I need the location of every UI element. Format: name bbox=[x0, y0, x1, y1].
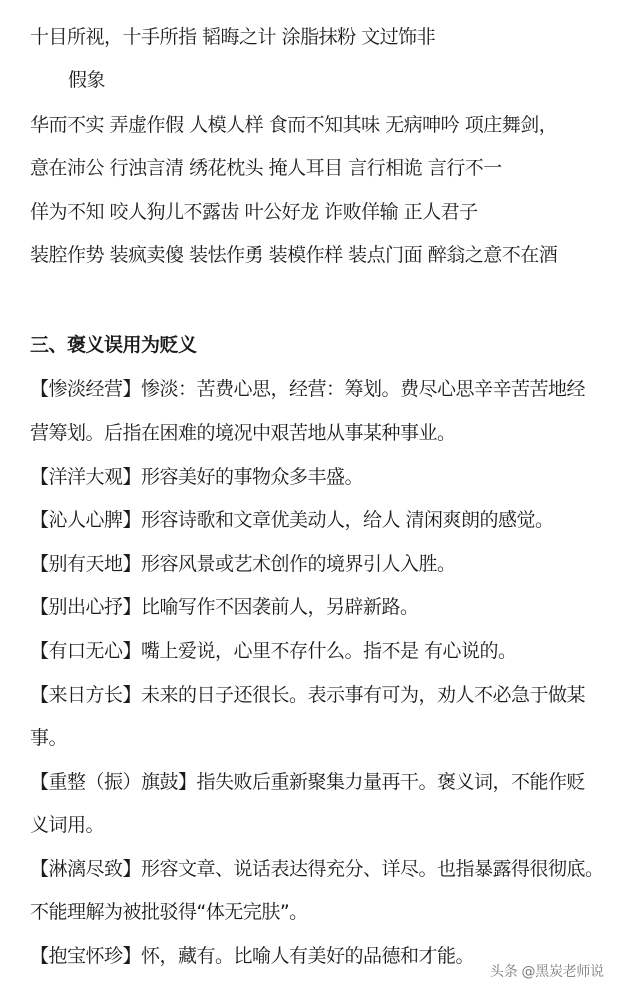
watermark: 头条 @黑炭老师说 bbox=[490, 961, 604, 981]
entry-2: 【洋洋大观】形容美好的事物众多丰盛。 bbox=[30, 465, 363, 489]
idiom-line-5: 佯为不知 咬人狗儿不露齿 叶公好龙 诈败佯输 正人君子 bbox=[30, 200, 478, 224]
entry-7-line-2: 事。 bbox=[30, 726, 67, 750]
entry-3: 【沁人心脾】形容诗歌和文章优美动人，给人 清闲爽朗的感觉。 bbox=[30, 508, 554, 532]
entry-1-line-2: 营筹划。后指在困难的境况中艰苦地从事某种事业。 bbox=[30, 421, 456, 445]
section-heading: 三、褒义误用为贬义 bbox=[30, 333, 197, 357]
entry-5: 【别出心抒】比喻写作不因袭前人，另辟新路。 bbox=[30, 595, 419, 619]
entry-4: 【别有天地】形容风景或艺术创作的境界引人入胜。 bbox=[30, 552, 456, 576]
idiom-line-6: 装腔作势 装疯卖傻 装怯作勇 装模作样 装点门面 醉翁之意不在酒 bbox=[30, 243, 557, 267]
entry-6: 【有口无心】嘴上爱说，心里不存什么。指不是 有心说的。 bbox=[30, 639, 517, 663]
entry-7-line-1: 【来日方长】未来的日子还很长。表示事有可为，劝人不必急于做某 bbox=[30, 683, 585, 707]
idiom-line-4: 意在沛公 行浊言清 绣花枕头 掩人耳目 言行相诡 言行不一 bbox=[30, 156, 502, 180]
idiom-line-2: 假象 bbox=[68, 68, 105, 92]
entry-1-line-1: 【惨淡经营】惨淡：苦费心思，经营：筹划。费尽心思辛辛苦苦地经 bbox=[30, 377, 585, 401]
entry-9-line-1: 【淋漓尽致】形容文章、说话表达得充分、详尽。也指暴露得很彻底。 bbox=[30, 857, 604, 881]
idiom-line-1: 十目所视，十手所指 韬晦之计 涂脂抹粉 文过饰非 bbox=[30, 25, 435, 49]
entry-8-line-2: 义词用。 bbox=[30, 813, 104, 837]
entry-8-line-1: 【重整（振）旗鼓】指失败后重新聚集力量再干。褒义词，不能作贬 bbox=[30, 770, 585, 794]
idiom-line-3: 华而不实 弄虚作假 人模人样 食而不知其味 无病呻吟 项庄舞剑， bbox=[30, 113, 557, 137]
entry-9-line-2: 不能理解为被批驳得“体无完肤”。 bbox=[30, 900, 308, 924]
entry-10: 【抱宝怀珍】怀，藏有。比喻人有美好的品德和才能。 bbox=[30, 944, 474, 968]
